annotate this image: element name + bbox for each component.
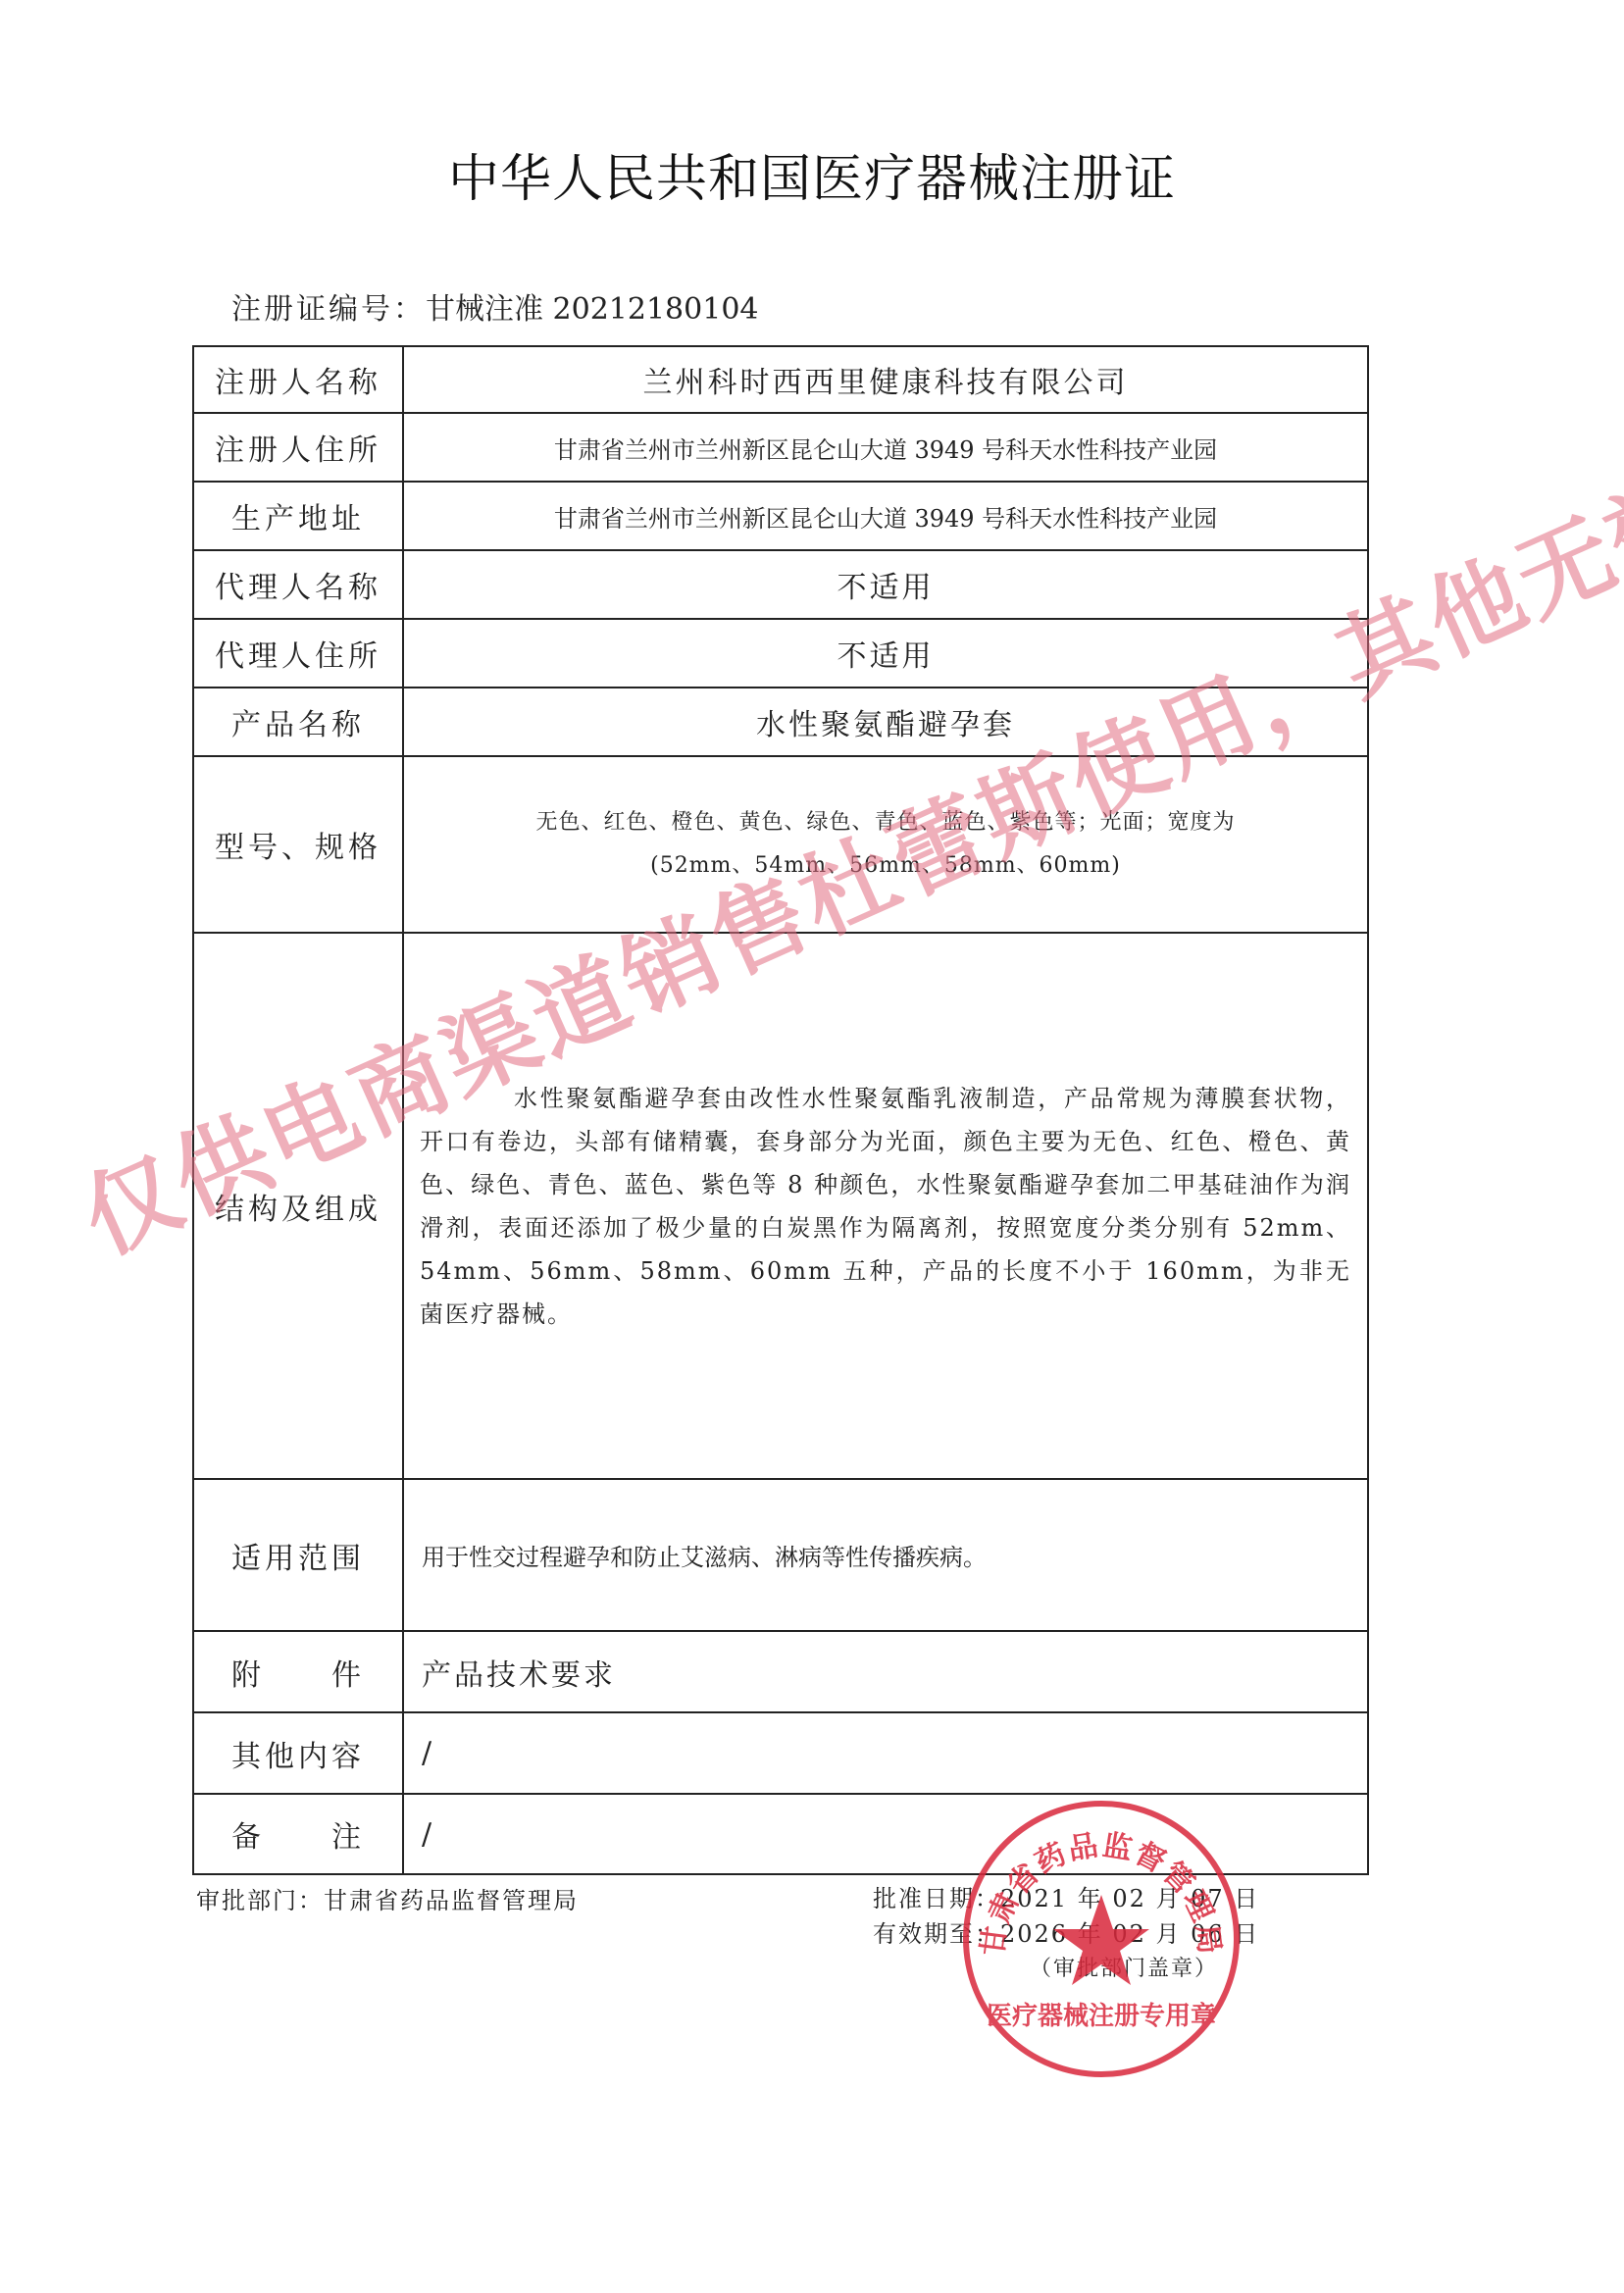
model-spec-line-1: 无色、红色、橙色、黄色、绿色、青色、蓝色、紫色等；光面；宽度为 — [404, 801, 1367, 844]
table-row: 产品名称 水性聚氨酯避孕套 — [193, 688, 1368, 756]
table-row: 代理人住所 不适用 — [193, 619, 1368, 688]
product-name: 水性聚氨酯避孕套 — [403, 688, 1368, 756]
seal-note: （审批部门盖章） — [873, 1952, 1259, 1987]
registrant-address: 甘肃省兰州市兰州新区昆仑山大道 3949 号科天水性科技产业园 — [403, 413, 1368, 482]
agent-name: 不适用 — [403, 550, 1368, 619]
structure-composition: 水性聚氨酯避孕套由改性水性聚氨酯乳液制造，产品常规为薄膜套状物，开口有卷边，头部… — [403, 933, 1368, 1479]
row-label: 附 件 — [193, 1631, 403, 1712]
table-row: 附 件 产品技术要求 — [193, 1631, 1368, 1712]
table-row: 生产地址 甘肃省兰州市兰州新区昆仑山大道 3949 号科天水性科技产业园 — [193, 482, 1368, 550]
row-label: 生产地址 — [193, 482, 403, 550]
row-label: 结构及组成 — [193, 933, 403, 1479]
model-spec: 无色、红色、橙色、黄色、绿色、青色、蓝色、紫色等；光面；宽度为 (52mm、54… — [403, 756, 1368, 933]
row-label: 适用范围 — [193, 1479, 403, 1631]
row-label: 注册人名称 — [193, 346, 403, 413]
table-row: 代理人名称 不适用 — [193, 550, 1368, 619]
registration-number-value: 甘械注准 20212180104 — [426, 292, 759, 327]
row-label: 型号、规格 — [193, 756, 403, 933]
row-label: 其他内容 — [193, 1712, 403, 1794]
row-label: 代理人名称 — [193, 550, 403, 619]
valid-until: 有效期至：2026 年 02 月 06 日 — [873, 1916, 1259, 1952]
scope-of-application: 用于性交过程避孕和防止艾滋病、淋病等性传播疾病。 — [403, 1479, 1368, 1631]
table-row: 备 注 / — [193, 1794, 1368, 1874]
registration-number: 注册证编号：甘械注准 20212180104 — [231, 284, 759, 328]
approval-department: 审批部门：甘肃省药品监督管理局 — [196, 1881, 579, 1915]
row-label: 备 注 — [193, 1794, 403, 1874]
agent-address: 不适用 — [403, 619, 1368, 688]
table-row: 结构及组成 水性聚氨酯避孕套由改性水性聚氨酯乳液制造，产品常规为薄膜套状物，开口… — [193, 933, 1368, 1479]
seal-bottom-text: 医疗器械注册专用章 — [987, 2001, 1216, 2031]
certificate-table: 注册人名称 兰州科时西西里健康科技有限公司 注册人住所 甘肃省兰州市兰州新区昆仑… — [192, 345, 1369, 1875]
registrant-name: 兰州科时西西里健康科技有限公司 — [403, 346, 1368, 413]
structure-text: 水性聚氨酯避孕套由改性水性聚氨酯乳液制造，产品常规为薄膜套状物，开口有卷边，头部… — [404, 1077, 1367, 1336]
registration-number-label: 注册证编号： — [231, 292, 426, 327]
table-row: 型号、规格 无色、红色、橙色、黄色、绿色、青色、蓝色、紫色等；光面；宽度为 (5… — [193, 756, 1368, 933]
model-spec-line-2: (52mm、54mm、56mm、58mm、60mm) — [404, 844, 1367, 888]
other-content: / — [403, 1712, 1368, 1794]
approval-date: 批准日期：2021 年 02 月 07 日 — [873, 1881, 1259, 1916]
remarks: / — [403, 1794, 1368, 1874]
production-address: 甘肃省兰州市兰州新区昆仑山大道 3949 号科天水性科技产业园 — [403, 482, 1368, 550]
row-label: 产品名称 — [193, 688, 403, 756]
document-title: 中华人民共和国医疗器械注册证 — [0, 137, 1624, 211]
table-row: 注册人名称 兰州科时西西里健康科技有限公司 — [193, 346, 1368, 413]
approval-dates: 批准日期：2021 年 02 月 07 日 有效期至：2026 年 02 月 0… — [873, 1881, 1259, 1987]
row-label: 注册人住所 — [193, 413, 403, 482]
attachment: 产品技术要求 — [403, 1631, 1368, 1712]
row-label: 代理人住所 — [193, 619, 403, 688]
table-row: 适用范围 用于性交过程避孕和防止艾滋病、淋病等性传播疾病。 — [193, 1479, 1368, 1631]
table-row: 注册人住所 甘肃省兰州市兰州新区昆仑山大道 3949 号科天水性科技产业园 — [193, 413, 1368, 482]
table-row: 其他内容 / — [193, 1712, 1368, 1794]
